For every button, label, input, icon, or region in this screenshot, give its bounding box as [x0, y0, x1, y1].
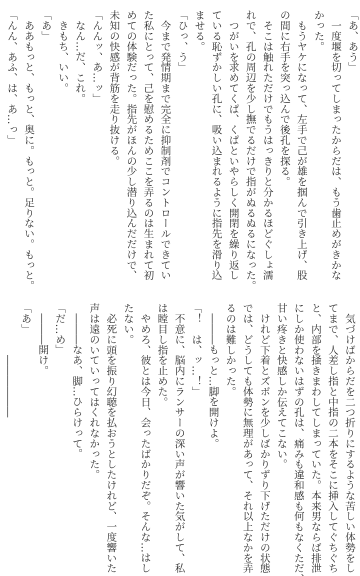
text-line: もうヤケになって、左手で己が雄を掴んで引き上げ、股	[292, 10, 309, 282]
text-line: 不意に、脳内にランサーの深い声が響いた気がして、私	[169, 303, 186, 575]
text-line: てまで、人差し指と中指の二本をそこに挿入してぐちぐち	[323, 303, 340, 575]
text-line: た私にとって、己を慰めるためここを弄るのは生まれて初	[138, 10, 155, 282]
text-line: きもち、いい。	[53, 10, 70, 282]
text-line: ああもっと、もっと、奥に。もっと。足りない。もっと。	[19, 10, 36, 282]
text-line: は瞠目し指を止めた。	[152, 303, 169, 575]
text-line: と、内部を掻きまわしてしまっていた。本来男ならば排泄	[306, 303, 323, 575]
text-line: そこは触れただけでもうはっきりと分かるほどぐしょ濡	[258, 10, 275, 282]
text-line: 「んんッ、あ…ッ」	[87, 10, 104, 282]
text-line: 「だ…め」	[50, 303, 67, 575]
text-line: るのは難しかった。	[221, 303, 238, 575]
text-line: の間に右手を突っ込んで後孔を探る。	[275, 10, 292, 282]
text-line: ませる。	[190, 10, 207, 282]
text-line: かった。	[309, 10, 326, 282]
book-page: 「あ、あう」 一度堰を切ってしまったからだは、もう歯止めがきかな かった。 もう…	[0, 0, 360, 576]
lower-text-block: 気づけばからだを二つ折りにするような苦しい体勢をし てまで、人差し指と中指の二本…	[0, 303, 357, 575]
text-line: 「あ」	[36, 10, 53, 282]
text-line: 今まで発情期まで完全に抑制剤でコントロールできてい	[155, 10, 172, 282]
text-line: ―――なあ、脚…ひらけって。	[67, 303, 84, 575]
text-line: 必死に頭を振り幻聴を払おうとしたけれど、一度響いた	[101, 303, 118, 575]
upper-text-block: 「あ、あう」 一度堰を切ってしまったからだは、もう歯止めがきかな かった。 もう…	[2, 10, 360, 282]
text-line: たない。	[118, 303, 135, 575]
text-line: 声は遠のいていってはくれなかった。	[84, 303, 101, 575]
text-line: 「あ」	[16, 303, 33, 575]
text-line: けれど下着とズボンを少しばかりずり下げただけの状態	[255, 303, 272, 575]
text-line: 未知の快感が背筋を走り抜ける。	[104, 10, 121, 282]
text-line: やめろ、彼とは今日、会ったばかりだぞ。そんな…はし	[135, 303, 152, 575]
text-line: 「んん、あふ、は、あ…っ」	[2, 10, 19, 282]
text-line: めての体験だった。指先がほんの少し潜り込んだだけで、	[121, 10, 138, 282]
text-line: ―――もっと…脚を開けよ。	[204, 303, 221, 575]
text-line: では、どうしても体勢に無理があって、それ以上なかを弄	[238, 303, 255, 575]
text-line: ている恥ずかしい孔に、吸い込まれるように指先を滑り込	[207, 10, 224, 282]
text-line: にしか使わないはずの孔は、痛みも違和感も何もなくただ、	[289, 303, 306, 575]
text-line: 一度堰を切ってしまったからだは、もう歯止めがきかな	[326, 10, 343, 282]
scene-break-rule: ――――――	[0, 303, 16, 575]
text-line: 気づけばからだを二つ折りにするような苦しい体勢をし	[340, 303, 357, 575]
text-line: なん…だ、これ。	[70, 10, 87, 282]
text-line: れで、孔の周辺を少し撫でるだけで指がぬるぬるになった。	[241, 10, 258, 282]
text-line: 「あ、あう」	[343, 10, 360, 282]
text-line: 甘い疼きと快感しか伝えてこない。	[272, 303, 289, 575]
text-line: つがいを求めてくぱ、くぱといやらしく開閉を繰り返し	[224, 10, 241, 282]
text-line: ―――開け。	[33, 303, 50, 575]
text-line: 「ひっ、う」	[172, 10, 189, 282]
text-line: 「！ は、ッ…！」	[187, 303, 204, 575]
